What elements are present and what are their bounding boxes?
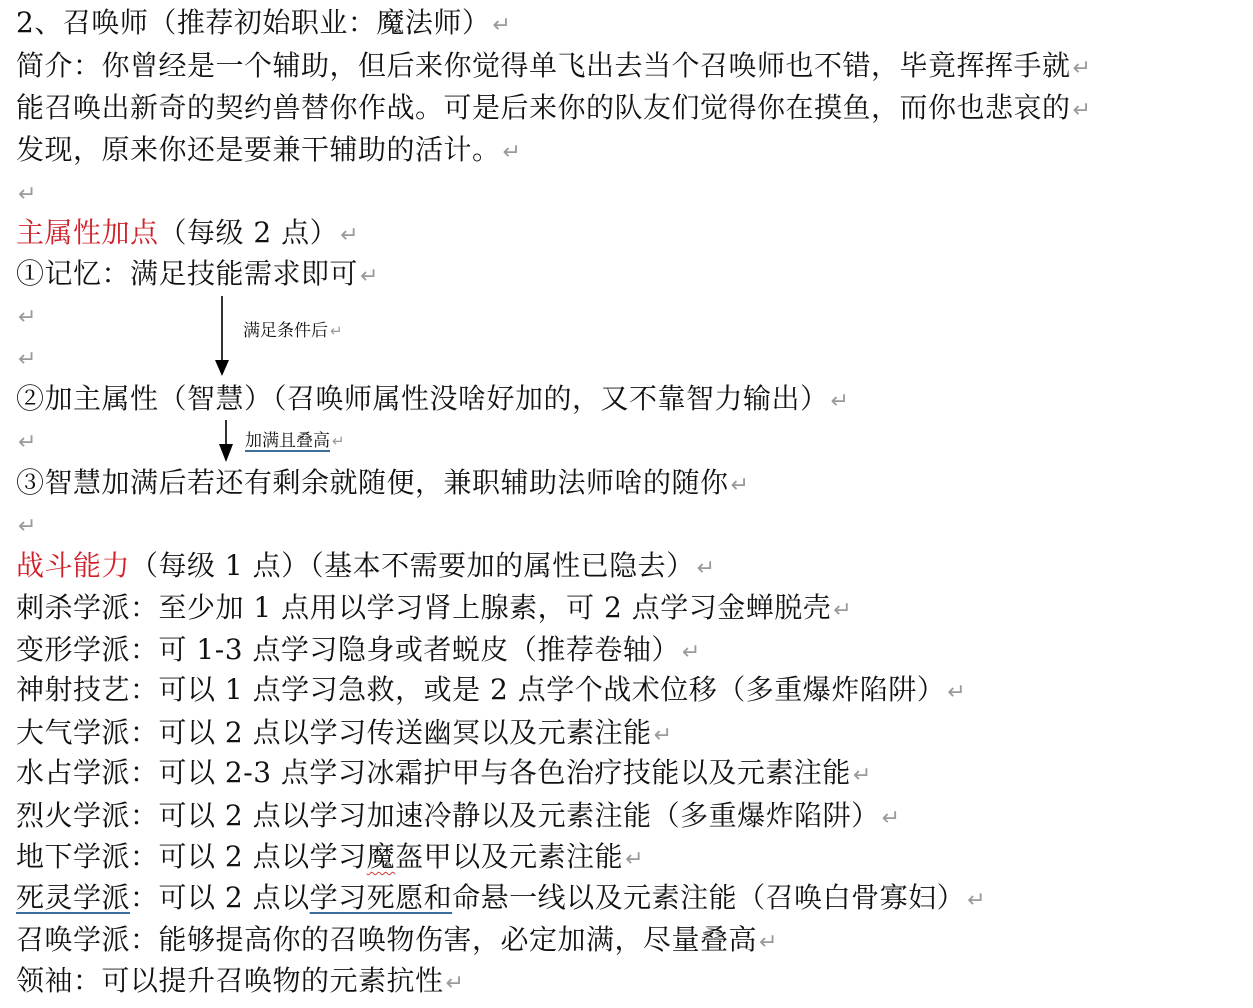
school-name: 地下学派 — [16, 840, 130, 873]
main-attr-step-1: ①记忆：满足技能需求即可↵ — [16, 253, 379, 295]
school-name: 领袖 — [16, 964, 73, 997]
school-desc: ：至少加 1 点用以学习肾上腺素，可 2 点学习金蝉脱壳 — [130, 591, 831, 624]
school-name: 神射技艺 — [16, 673, 130, 706]
school-desc: ：可 1-3 点学习隐身或者蜕皮（推荐卷轴） — [130, 633, 680, 666]
combat-heading-line: 战斗能力（每级 1 点）（基本不需要加的属性已隐去）↵ — [16, 545, 716, 587]
paragraph-mark-icon: ↵ — [18, 430, 37, 455]
combat-item: 刺杀学派：至少加 1 点用以学习肾上腺素，可 2 点学习金蝉脱壳↵ — [16, 587, 852, 629]
school-name: 烈火学派 — [16, 799, 130, 832]
paragraph-mark-icon: ↵ — [947, 680, 966, 705]
paragraph-mark-icon: ↵ — [503, 140, 522, 165]
main-attr-heading: 主属性加点 — [16, 216, 159, 249]
spelling-flagged-text[interactable]: 魔 — [367, 840, 396, 873]
combat-heading-suffix: （每级 1 点）（基本不需要加的属性已隐去） — [130, 549, 695, 582]
empty-paragraph: ↵ — [16, 503, 37, 545]
school-desc: ：可以 1 点学习急救，或是 2 点学个战术位移（多重爆炸陷阱） — [130, 673, 945, 706]
document-title-line: 2、召唤师（推荐初始职业：魔法师）↵ — [16, 2, 511, 44]
arrow-label[interactable]: 加满且叠高↵ — [245, 426, 345, 451]
main-attr-step-3: ③智慧加满后若还有剩余就随便，兼职辅助法师啥的随你↵ — [16, 462, 749, 504]
combat-item: 变形学派：可 1-3 点学习隐身或者蜕皮（推荐卷轴）↵ — [16, 629, 701, 671]
arrow-label-text: 加满且叠高 — [245, 431, 330, 451]
main-attr-step-2: ②加主属性（智慧）（召唤师属性没啥好加的，又不靠智力输出）↵ — [16, 378, 849, 420]
combat-item: 领袖：可以提升召唤物的元素抗性↵ — [16, 960, 464, 1002]
paragraph-mark-icon: ↵ — [1073, 98, 1092, 123]
school-desc: ：可以 2 点以学习传送幽冥以及元素注能 — [130, 716, 652, 749]
step-text: ②加主属性（智慧）（召唤师属性没啥好加的，又不靠智力输出） — [16, 382, 829, 415]
empty-paragraph: ↵ — [16, 336, 37, 378]
paragraph-mark-icon: ↵ — [18, 305, 37, 330]
empty-paragraph: ↵ — [16, 419, 37, 461]
combat-item: 死灵学派：可以 2 点以学习死愿和命悬一线以及元素注能（召唤白骨寡妇）↵ — [16, 877, 986, 919]
paragraph-mark-icon: ↵ — [831, 389, 850, 414]
school-name: 大气学派 — [16, 716, 130, 749]
school-name: 召唤学派 — [16, 923, 130, 956]
empty-paragraph: ↵ — [16, 294, 37, 336]
school-name: 刺杀学派 — [16, 591, 130, 624]
arrow-down-icon[interactable] — [212, 296, 232, 380]
paragraph-mark-icon: ↵ — [882, 806, 901, 831]
paragraph-mark-icon: ↵ — [697, 556, 716, 581]
school-name: 水占学派 — [16, 756, 130, 789]
school-desc: ：能够提高你的召唤物伤害，必定加满，尽量叠高 — [130, 923, 757, 956]
paragraph-mark-icon: ↵ — [759, 930, 778, 955]
main-attr-heading-line: 主属性加点（每级 2 点）↵ — [16, 212, 359, 254]
paragraph-mark-icon: ↵ — [446, 971, 465, 996]
school-desc: 命悬一线以及元素注能（召唤白骨寡妇） — [452, 881, 965, 914]
grammar-flagged-text[interactable]: 死灵学派 — [16, 881, 130, 914]
intro-text: 简介：你曾经是一个辅助，但后来你觉得单飞出去当个召唤师也不错，毕竟挥挥手就 — [16, 49, 1071, 82]
intro-text: 发现，原来你还是要兼干辅助的活计。 — [16, 133, 501, 166]
school-desc: ：可以 2 点以学习加速冷静以及元素注能（多重爆炸陷阱） — [130, 799, 880, 832]
arrow-label[interactable]: 满足条件后↵ — [243, 316, 343, 341]
intro-line-3: 发现，原来你还是要兼干辅助的活计。↵ — [16, 129, 521, 171]
paragraph-mark-icon: ↵ — [967, 888, 986, 913]
document-title: 2、召唤师（推荐初始职业：魔法师） — [16, 6, 490, 39]
combat-item: 神射技艺：可以 1 点学习急救，或是 2 点学个战术位移（多重爆炸陷阱）↵ — [16, 669, 966, 711]
combat-heading: 战斗能力 — [16, 549, 130, 582]
intro-text: 能召唤出新奇的契约兽替你作战。可是后来你的队友们觉得你在摸鱼，而你也悲哀的 — [16, 91, 1071, 124]
paragraph-mark-icon: ↵ — [682, 640, 701, 665]
intro-line-2: 能召唤出新奇的契约兽替你作战。可是后来你的队友们觉得你在摸鱼，而你也悲哀的↵ — [16, 87, 1091, 129]
school-desc: ：可以 2-3 点学习冰霜护甲与各色治疗技能以及元素注能 — [130, 756, 851, 789]
school-desc: 盔甲以及元素注能 — [395, 840, 623, 873]
paragraph-mark-icon: ↵ — [625, 847, 644, 872]
paragraph-mark-icon: ↵ — [731, 473, 750, 498]
school-desc: ：可以提升召唤物的元素抗性 — [73, 964, 444, 997]
school-name: 变形学派 — [16, 633, 130, 666]
paragraph-mark-icon: ↵ — [18, 182, 37, 207]
paragraph-mark-icon: ↵ — [360, 264, 379, 289]
paragraph-mark-icon: ↵ — [340, 223, 359, 248]
paragraph-mark-icon: ↵ — [833, 598, 852, 623]
combat-item: 地下学派：可以 2 点以学习魔盔甲以及元素注能↵ — [16, 836, 644, 878]
empty-paragraph: ↵ — [16, 171, 37, 213]
combat-item: 召唤学派：能够提高你的召唤物伤害，必定加满，尽量叠高↵ — [16, 919, 778, 961]
step-text: ①记忆：满足技能需求即可 — [16, 257, 358, 290]
combat-item: 水占学派：可以 2-3 点学习冰霜护甲与各色治疗技能以及元素注能↵ — [16, 752, 872, 794]
combat-item: 烈火学派：可以 2 点以学习加速冷静以及元素注能（多重爆炸陷阱）↵ — [16, 795, 901, 837]
step-text: ③智慧加满后若还有剩余就随便，兼职辅助法师啥的随你 — [16, 466, 729, 499]
arrow-label-text: 满足条件后 — [243, 321, 328, 341]
grammar-flagged-text[interactable]: 学习死愿和 — [310, 881, 453, 914]
main-attr-heading-suffix: （每级 2 点） — [159, 216, 339, 249]
combat-item: 大气学派：可以 2 点以学习传送幽冥以及元素注能↵ — [16, 712, 673, 754]
paragraph-mark-icon: ↵ — [492, 13, 511, 38]
paragraph-mark-icon: ↵ — [18, 514, 37, 539]
paragraph-mark-icon: ↵ — [332, 432, 345, 450]
arrow-down-icon[interactable] — [216, 420, 236, 464]
paragraph-mark-icon: ↵ — [853, 763, 872, 788]
school-desc: ：可以 2 点以 — [130, 881, 310, 914]
paragraph-mark-icon: ↵ — [654, 723, 673, 748]
paragraph-mark-icon: ↵ — [330, 322, 343, 340]
paragraph-mark-icon: ↵ — [1073, 56, 1092, 81]
intro-line-1: 简介：你曾经是一个辅助，但后来你觉得单飞出去当个召唤师也不错，毕竟挥挥手就↵ — [16, 45, 1091, 87]
paragraph-mark-icon: ↵ — [18, 347, 37, 372]
school-desc: ：可以 2 点以学习 — [130, 840, 367, 873]
